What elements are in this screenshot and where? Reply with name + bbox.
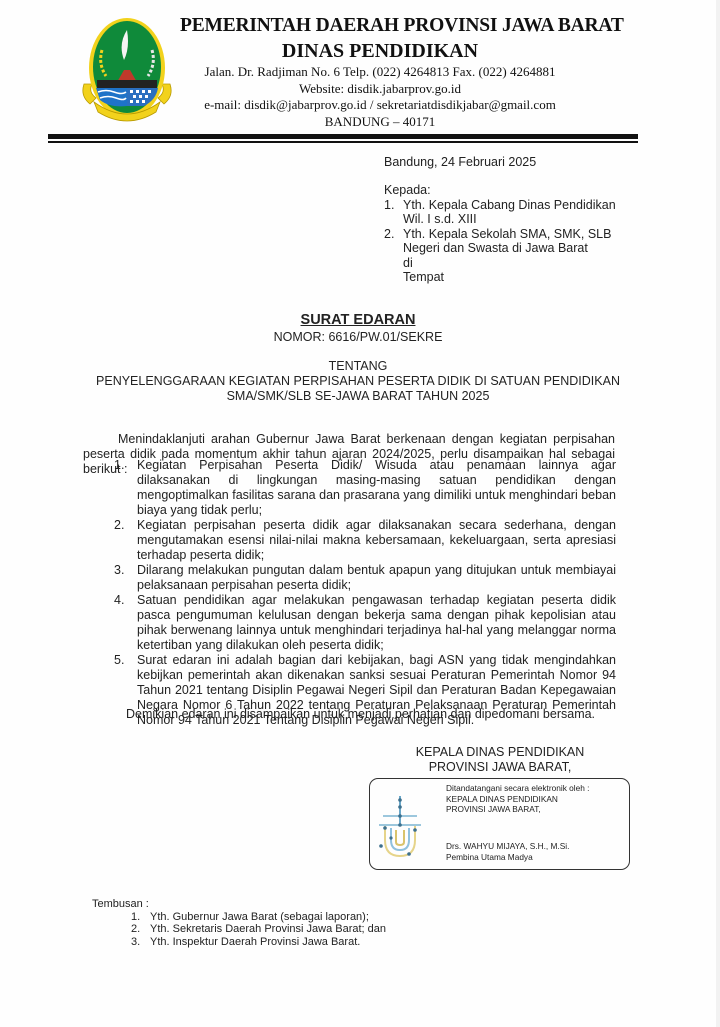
document-subject: PENYELENGGARAAN KEGIATAN PERPISAHAN PESE… <box>0 374 716 403</box>
policy-point: 1. Kegiatan Perpisahan Peserta Didik/ Wi… <box>114 458 616 518</box>
policy-point: 3. Dilarang melakukan pungutan dalam ben… <box>114 563 616 593</box>
bsre-electronic-signature-icon <box>375 794 425 860</box>
signer-rank: Pembina Utama Madya <box>446 852 569 863</box>
electronic-signature-box: Ditandatangani secara elektronik oleh : … <box>369 778 630 870</box>
letter-page: PEMERINTAH DAERAH PROVINSI JAWA BARAT DI… <box>0 0 716 1027</box>
signer-position: KEPALA DINAS PENDIDIKAN PROVINSI JAWA BA… <box>380 745 620 774</box>
cc-label: Tembusan : <box>92 898 386 911</box>
recipients-label: Kepada: <box>384 183 616 198</box>
agency-website: Website: disdik.jabarprov.go.id <box>180 81 580 98</box>
document-title: SURAT EDARAN <box>0 312 716 328</box>
agency-city: BANDUNG – 40171 <box>180 114 580 131</box>
recipient-item: 1. Yth. Kepala Cabang Dinas Pendidikan W… <box>384 198 616 227</box>
policy-point: 4. Satuan pendidikan agar melakukan peng… <box>114 593 616 653</box>
signer-name: Drs. WAHYU MIJAYA, S.H., M.Si. <box>446 841 569 852</box>
cc-item: 3. Yth. Inspektur Daerah Provinsi Jawa B… <box>92 936 386 949</box>
recipient-item: 2. Yth. Kepala Sekolah SMA, SMK, SLB Neg… <box>384 227 616 285</box>
carbon-copy-list: Tembusan : 1. Yth. Gubernur Jawa Barat (… <box>92 898 386 948</box>
document-number: NOMOR: 6616/PW.01/SEKRE <box>0 330 716 344</box>
agency-name: DINAS PENDIDIKAN <box>180 38 580 64</box>
province-emblem-icon <box>80 14 174 124</box>
agency-address: Jalan. Dr. Radjiman No. 6 Telp. (022) 42… <box>180 64 580 81</box>
page-edge <box>716 0 720 1027</box>
cc-item: 2. Yth. Sekretaris Daerah Provinsi Jawa … <box>92 923 386 936</box>
closing-paragraph: Demikian edaran ini disampaikan untuk me… <box>126 707 595 721</box>
policy-points: 1. Kegiatan Perpisahan Peserta Didik/ Wi… <box>114 458 616 728</box>
government-name: PEMERINTAH DAERAH PROVINSI JAWA BARAT <box>180 14 580 38</box>
policy-point: 2. Kegiatan perpisahan peserta didik aga… <box>114 518 616 563</box>
letterhead-divider-thick <box>48 134 638 139</box>
recipients: Kepada: 1. Yth. Kepala Cabang Dinas Pend… <box>384 183 616 285</box>
cc-item: 1. Yth. Gubernur Jawa Barat (sebagai lap… <box>92 911 386 924</box>
agency-email: e-mail: disdik@jabarprov.go.id / sekreta… <box>180 97 580 114</box>
about-label: TENTANG <box>0 359 716 373</box>
signer-identity: Drs. WAHYU MIJAYA, S.H., M.Si. Pembina U… <box>446 841 569 863</box>
esign-info: Ditandatangani secara elektronik oleh : … <box>446 783 589 815</box>
letterhead-divider-thin <box>48 141 638 143</box>
letter-date: Bandung, 24 Februari 2025 <box>384 155 536 169</box>
letterhead: PEMERINTAH DAERAH PROVINSI JAWA BARAT DI… <box>180 14 580 130</box>
